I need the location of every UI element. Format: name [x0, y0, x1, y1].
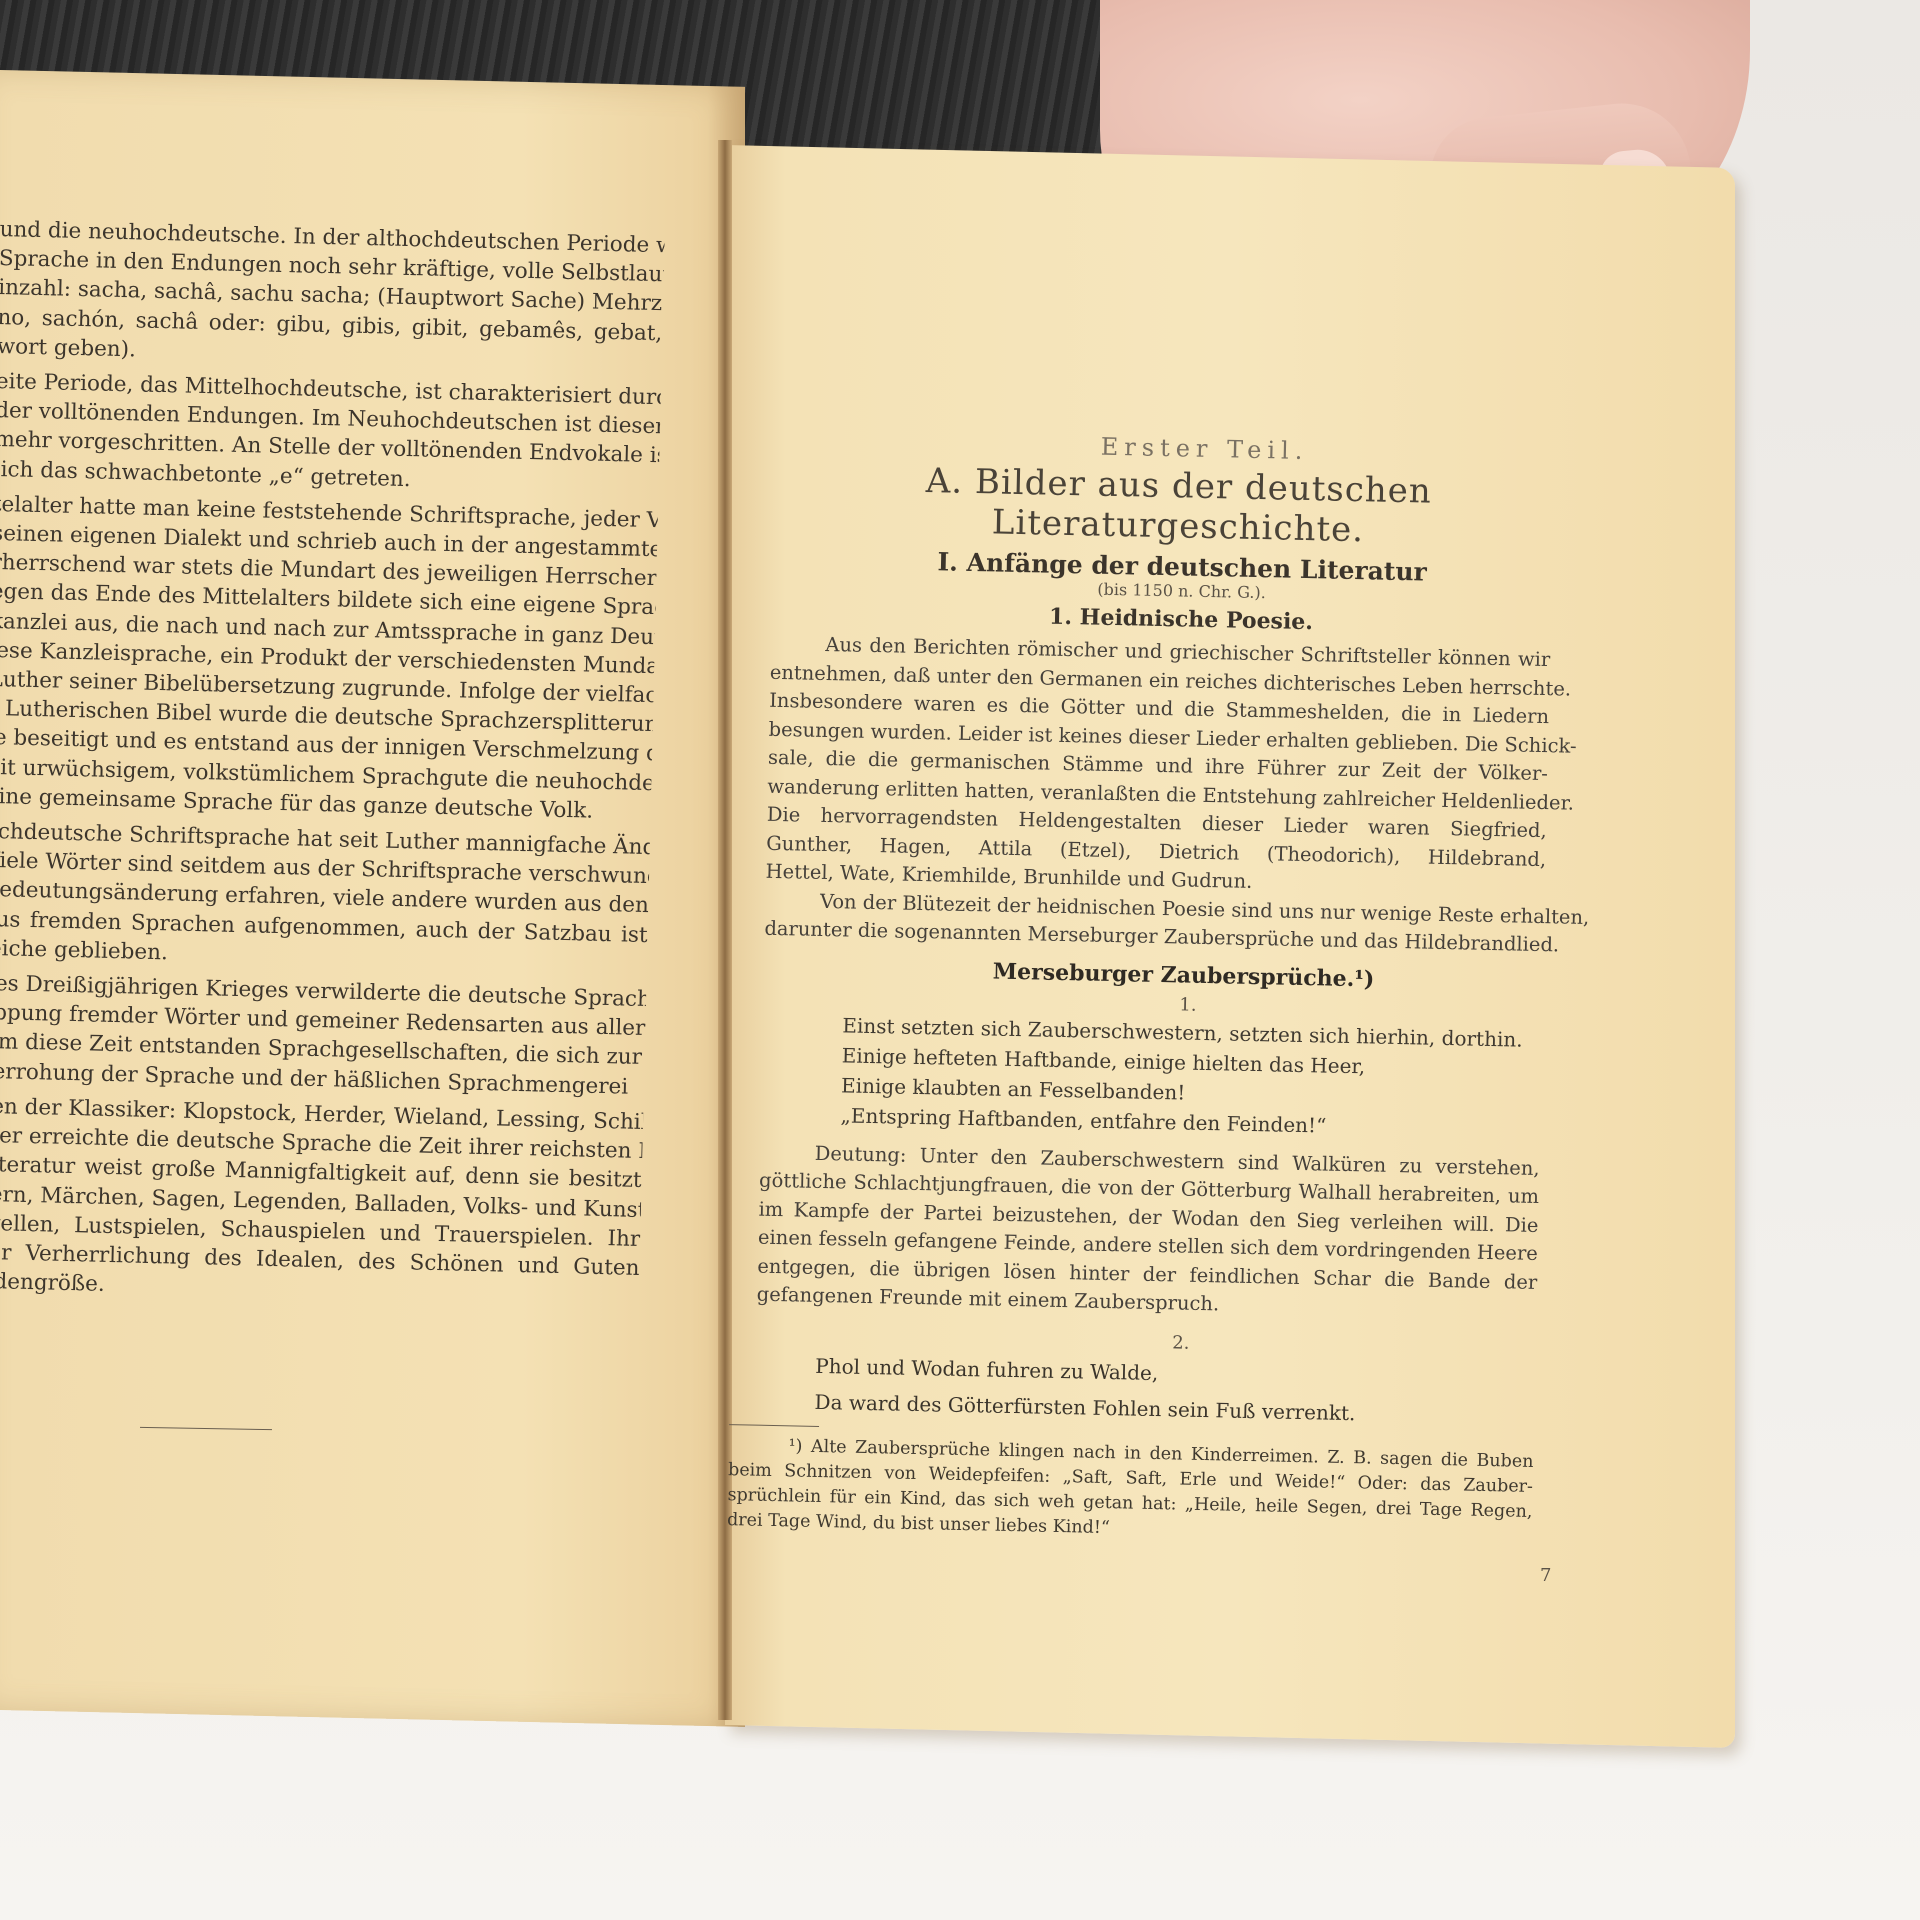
- left-paragraph: eite Periode, das Mittelhochdeutsche, is…: [0, 367, 661, 500]
- paragraph-deutung: Deutung: Unter den Zauberschwestern sind…: [756, 1138, 1539, 1325]
- left-paragraph: telalter hatte man keine feststehende Sc…: [0, 490, 658, 827]
- spell-1-verse: Einst setzten sich Zauberschwestern, set…: [840, 1010, 1542, 1145]
- page-number: 7: [1540, 1565, 1551, 1586]
- spell-2-verse: Phol und Wodan fuhren zu Walde, Da ward …: [814, 1347, 1535, 1434]
- left-paragraph: und die neuhochdeutsche. In der althochd…: [0, 215, 665, 377]
- footnote-rule: [729, 1424, 819, 1427]
- main-title: A. Bilder aus der deutschen Literaturges…: [803, 458, 1555, 554]
- left-page-text: und die neuhochdeutsche. In der althochd…: [0, 215, 665, 1318]
- left-paragraph: ken der Klassiker: Klopstock, Herder, Wi…: [0, 1092, 643, 1313]
- left-paragraph: des Dreißigjährigen Krieges verwilderte …: [0, 969, 646, 1102]
- footnote: ¹) Alte Zaubersprüche klingen nach in de…: [727, 1433, 1534, 1550]
- left-paragraph: ochdeutsche Schriftsprache hat seit Luth…: [0, 817, 650, 979]
- paragraph-heidnische-poesie: Aus den Berichten römischer und griechis…: [765, 630, 1550, 903]
- right-page-text: Erster Teil. A. Bilder aus der deutschen…: [712, 425, 1555, 1549]
